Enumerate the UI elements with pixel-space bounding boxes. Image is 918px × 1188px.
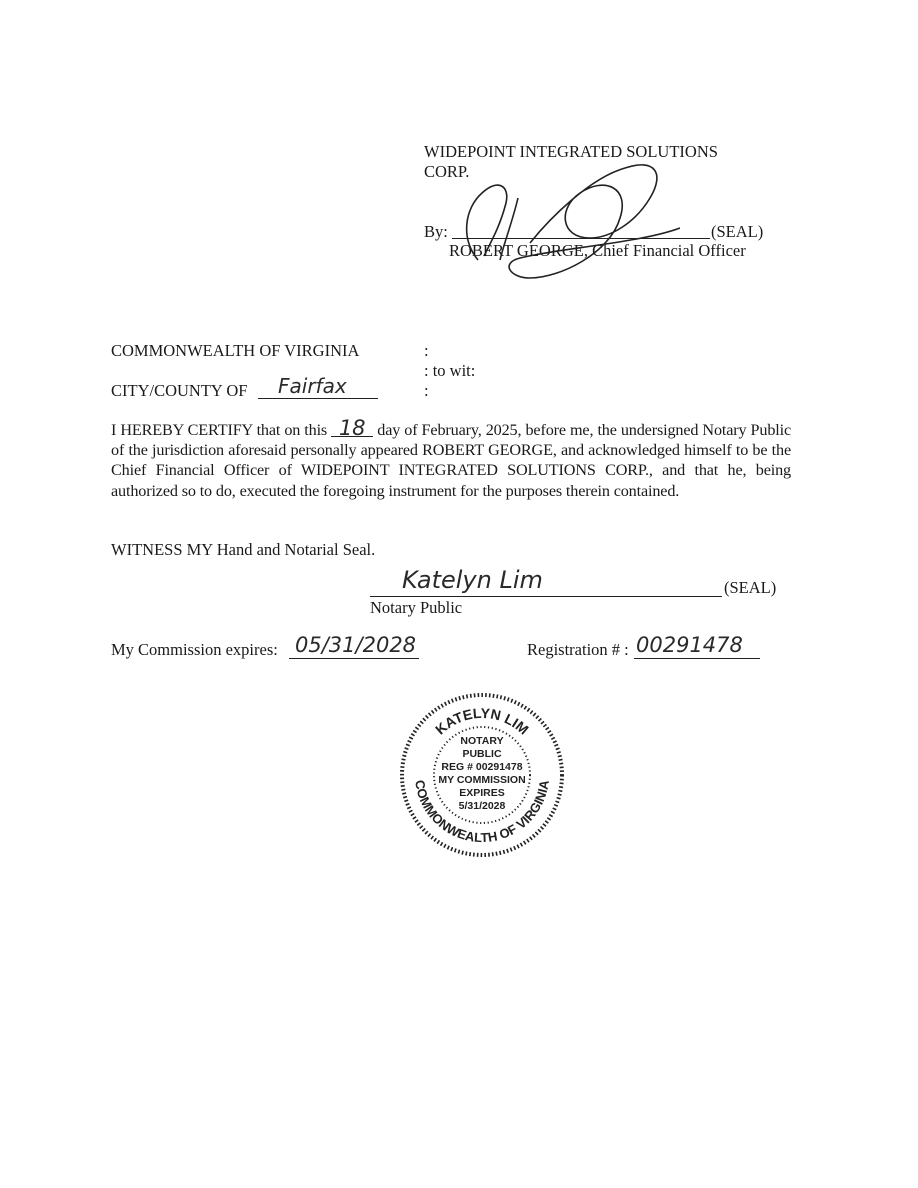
seal-line: 5/31/2028 — [459, 800, 506, 812]
certificate-part1: I HEREBY CERTIFY that on this — [111, 421, 327, 439]
registration-field: 00291478 — [634, 636, 760, 659]
commission-value: 05/31/2028 — [295, 633, 416, 657]
venue-colon-2: : — [424, 381, 429, 401]
company-seal-label: (SEAL) — [711, 222, 763, 242]
certificate-day: 18 — [331, 420, 373, 437]
county-value: Fairfax — [278, 374, 347, 398]
registration-value: 00291478 — [636, 633, 743, 657]
commission-label: My Commission expires: — [111, 640, 278, 660]
notary-public-label: Notary Public — [370, 598, 462, 618]
seal-line: NOTARY — [460, 735, 503, 747]
venue-state: COMMONWEALTH OF VIRGINIA — [111, 341, 359, 361]
venue-to-wit: : to wit: — [424, 361, 475, 381]
notary-seal-stamp: KATELYN LIM COMMONWEALTH OF VIRGINIA NOT… — [397, 690, 567, 865]
venue-county-label: CITY/COUNTY OF — [111, 381, 247, 401]
county-field: Fairfax — [258, 378, 378, 399]
seal-line: EXPIRES — [459, 787, 505, 799]
venue-colon-1: : — [424, 341, 429, 361]
seal-line: MY COMMISSION — [438, 774, 525, 786]
certificate-paragraph: I HEREBY CERTIFY that on this 18 day of … — [111, 420, 791, 501]
commission-field: 05/31/2028 — [289, 636, 419, 659]
notary-seal-label: (SEAL) — [724, 578, 776, 598]
notary-signature: Katelyn Lim — [402, 566, 543, 594]
seal-line: PUBLIC — [462, 748, 502, 760]
witness-text: WITNESS MY Hand and Notarial Seal. — [111, 540, 375, 560]
notary-signature-line — [370, 596, 722, 597]
seal-top-arc: KATELYN LIM — [432, 705, 532, 738]
registration-label: Registration # : — [527, 640, 629, 660]
company-handwritten-signature — [440, 148, 680, 288]
seal-line: REG # 00291478 — [441, 761, 522, 773]
